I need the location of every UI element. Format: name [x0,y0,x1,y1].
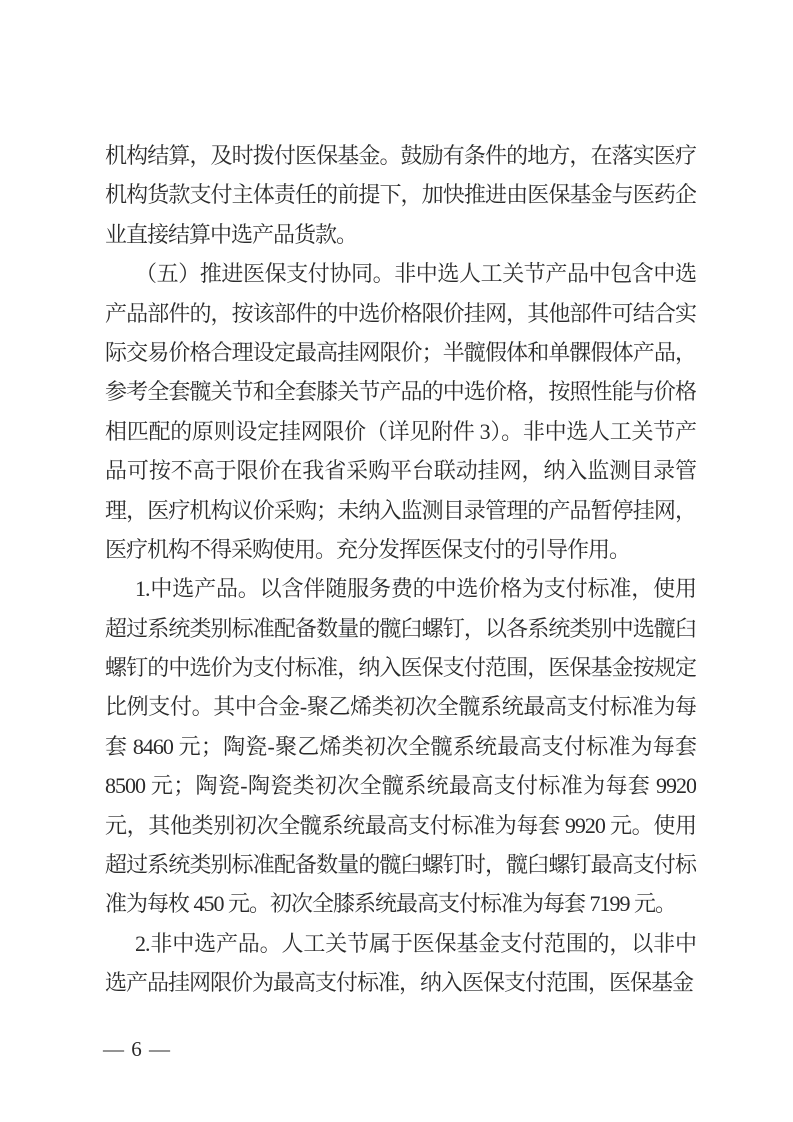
text-line: 际交易价格合理设定最高挂网限价；半髋假体和单髁假体产品， [105,333,696,372]
text-line: 机构货款支付主体责任的前提下，加快推进由医保基金与医药企 [105,175,696,214]
text-line: 机构结算，及时拨付医保基金。鼓励有条件的地方，在落实医疗 [105,136,696,175]
text-line: 相匹配的原则设定挂网限价（详见附件 3）。非中选人工关节产 [105,412,696,451]
para-item-2-non-selected-products: 2.非中选产品。人工关节属于医保基金支付范围的，以非中选产品挂网限价为最高支付标… [105,924,696,1003]
text-line: 业直接结算中选产品货款。 [105,215,696,254]
text-line: 参考全套髋关节和全套膝关节产品的中选价格，按照性能与价格 [105,372,696,411]
para-section-5-payment-coordination: （五）推进医保支付协同。非中选人工关节产品中包含中选产品部件的，按该部件的中选价… [105,254,696,569]
para-settlement-continuation: 机构结算，及时拨付医保基金。鼓励有条件的地方，在落实医疗机构货款支付主体责任的前… [105,136,696,254]
text-line: 理，医疗机构议价采购；未纳入监测目录管理的产品暂停挂网， [105,491,696,530]
para-item-1-selected-products: 1.中选产品。以含伴随服务费的中选价格为支付标准，使用超过系统类别标准配备数量的… [105,569,696,924]
text-line: 套 8460 元；陶瓷-聚乙烯类初次全髋系统最高支付标准为每套 [105,727,696,766]
text-line: 1.中选产品。以含伴随服务费的中选价格为支付标准，使用 [105,569,696,608]
text-line: 比例支付。其中合金-聚乙烯类初次全髋系统最高支付标准为每 [105,687,696,726]
text-line: 选产品挂网限价为最高支付标准，纳入医保支付范围，医保基金 [105,963,696,1002]
text-line: 医疗机构不得采购使用。充分发挥医保支付的引导作用。 [105,530,696,569]
text-line: 品可按不高于限价在我省采购平台联动挂网，纳入监测目录管 [105,451,696,490]
text-line: 元，其他类别初次全髋系统最高支付标准为每套 9920 元。使用 [105,806,696,845]
text-line: （五）推进医保支付协同。非中选人工关节产品中包含中选 [105,254,696,293]
text-line: 超过系统类别标准配备数量的髋臼螺钉时，髋臼螺钉最高支付标 [105,845,696,884]
text-line: 8500 元；陶瓷-陶瓷类初次全髋系统最高支付标准为每套 9920 [105,766,696,805]
page-number: — 6 — [103,1037,171,1061]
text-line: 超过系统类别标准配备数量的髋臼螺钉，以各系统类别中选髋臼 [105,609,696,648]
page-footer: — 6 — [103,1036,171,1062]
text-line: 产品部件的，按该部件的中选价格限价挂网，其他部件可结合实 [105,294,696,333]
text-line: 准为每枚 450 元。初次全膝系统最高支付标准为每套 7199 元。 [105,884,696,923]
document-page: 机构结算，及时拨付医保基金。鼓励有条件的地方，在落实医疗机构货款支付主体责任的前… [0,0,793,1122]
text-line: 2.非中选产品。人工关节属于医保基金支付范围的，以非中 [105,924,696,963]
text-line: 螺钉的中选价为支付标准，纳入医保支付范围，医保基金按规定 [105,648,696,687]
document-body: 机构结算，及时拨付医保基金。鼓励有条件的地方，在落实医疗机构货款支付主体责任的前… [105,136,696,1003]
